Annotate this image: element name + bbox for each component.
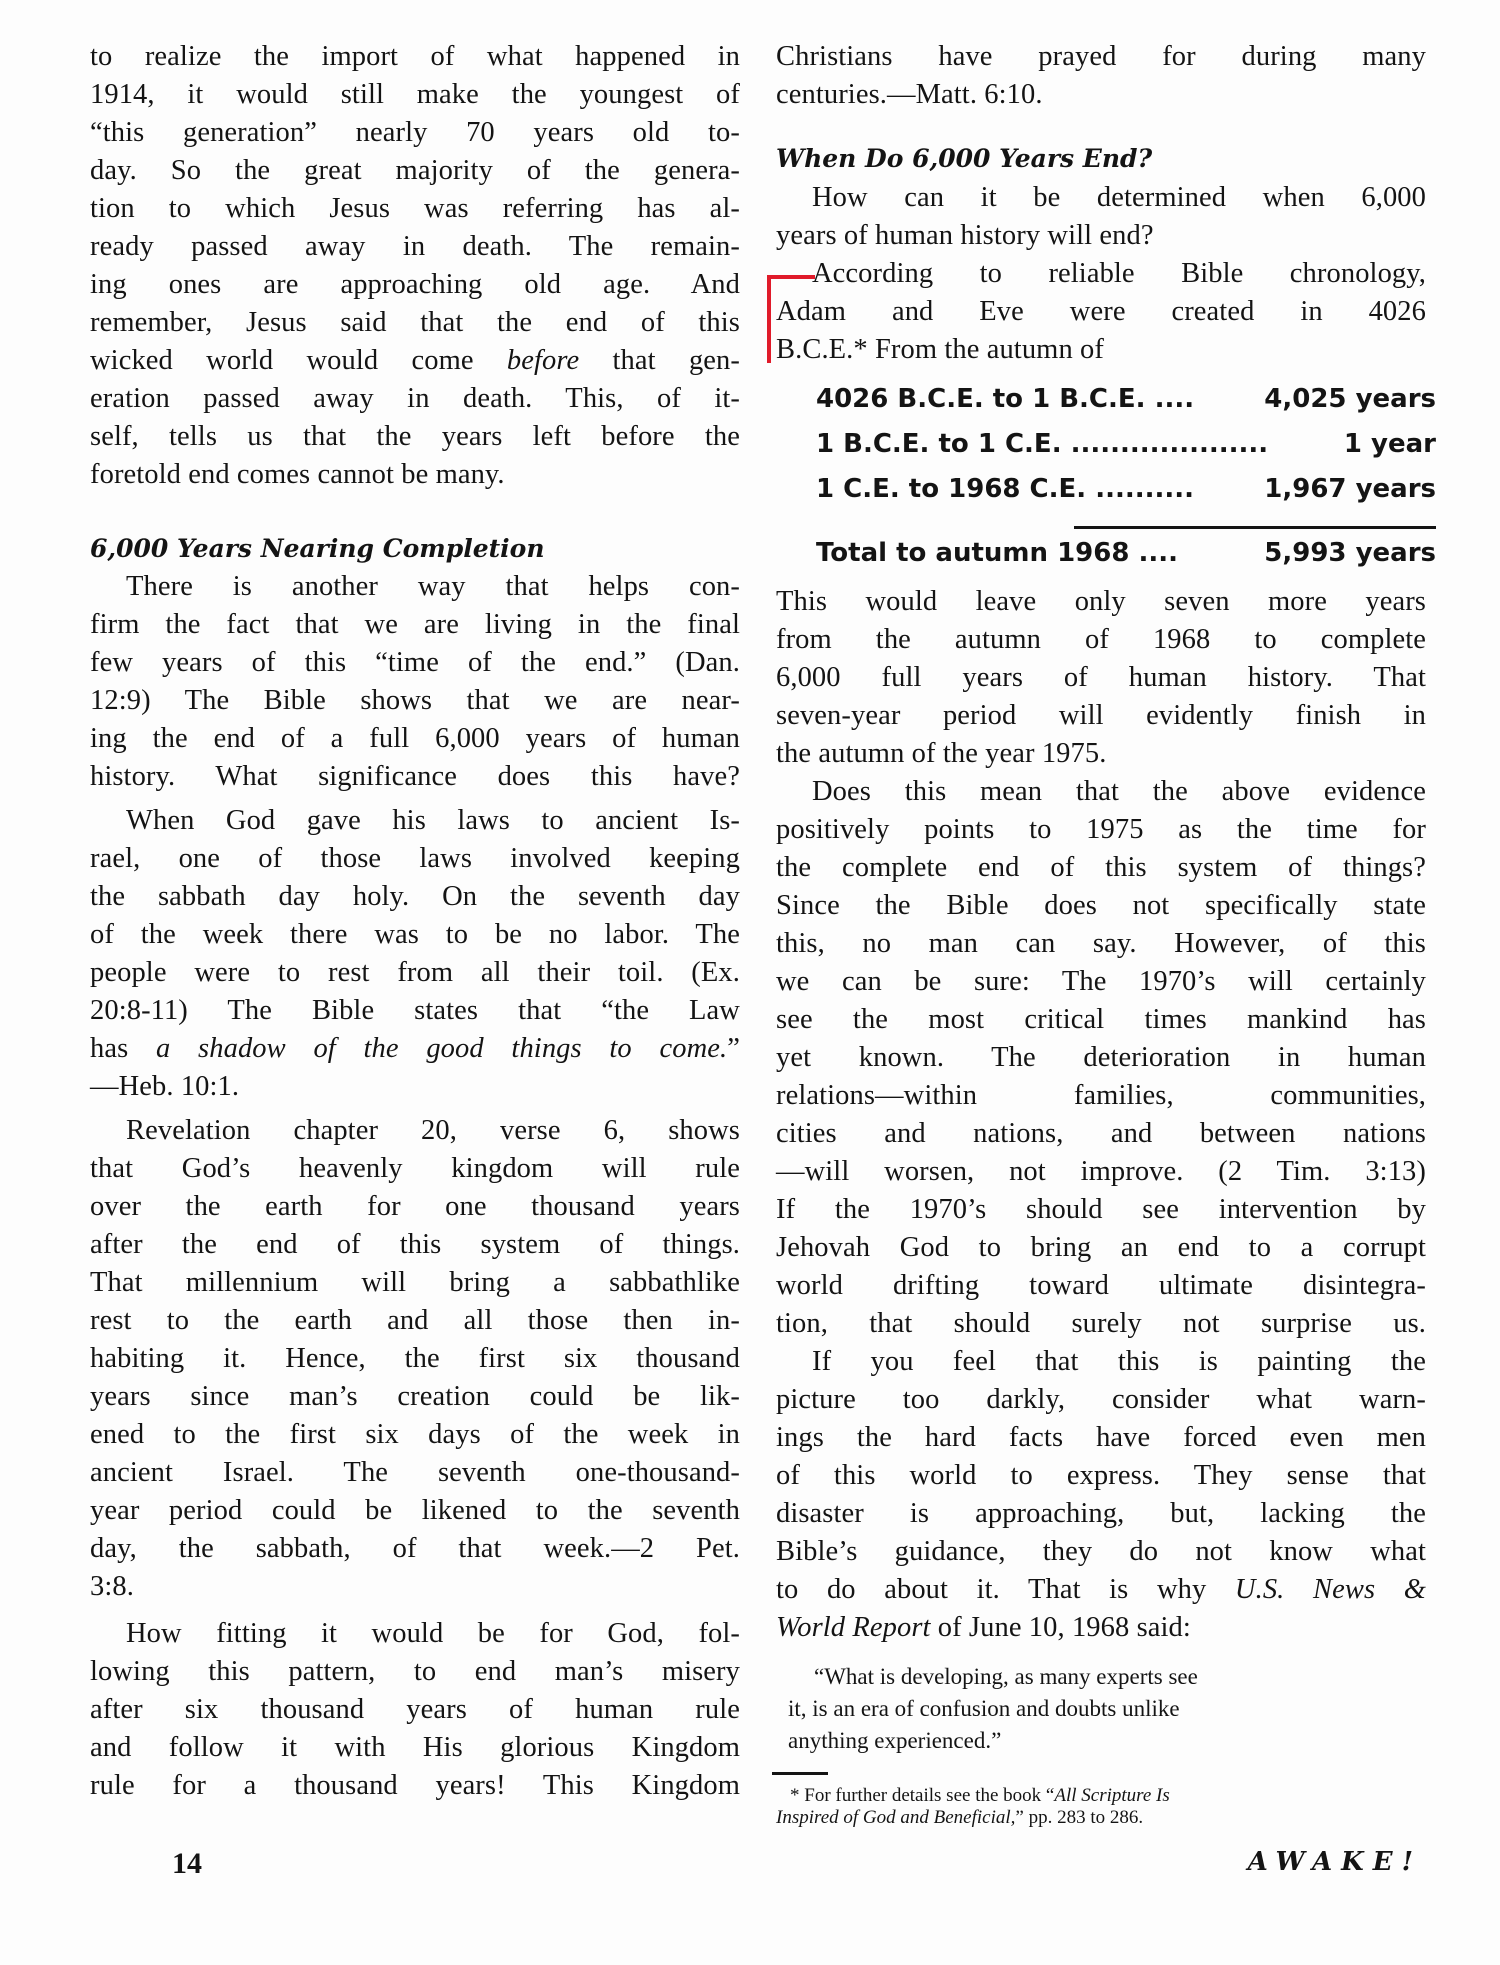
text-line: Since the Bible does not specifically st… bbox=[776, 889, 1426, 923]
text-line: cities and nations, and between nations bbox=[776, 1117, 1426, 1151]
text-line: centuries.—Matt. 6:10. bbox=[776, 78, 1426, 112]
row-label: 1 B.C.E. to 1 C.E. .................... bbox=[816, 427, 1268, 461]
row-label: 1 C.E. to 1968 C.E. .......... bbox=[816, 472, 1194, 506]
text-line: foretold end comes cannot be many. bbox=[90, 458, 740, 492]
text-line: tion to which Jesus was referring has al… bbox=[90, 192, 740, 226]
text-line: after the end of this system of things. bbox=[90, 1228, 740, 1262]
text-line: When God gave his laws to ancient Is- bbox=[90, 804, 740, 838]
text-line: positively points to 1975 as the time fo… bbox=[776, 813, 1426, 847]
text-line: 1914, it would still make the youngest o… bbox=[90, 78, 740, 112]
text-line: eration passed away in death. This, of i… bbox=[90, 382, 740, 416]
text-line: few years of this “time of the end.” (Da… bbox=[90, 646, 740, 680]
text-line: Does this mean that the above evidence bbox=[776, 775, 1426, 809]
text-line: 12:9) The Bible shows that we are near- bbox=[90, 684, 740, 718]
row-value: 1 year bbox=[1344, 427, 1436, 461]
text-line: ancient Israel. The seventh one-thousand… bbox=[90, 1456, 740, 1490]
text-line: see the most critical times mankind has bbox=[776, 1003, 1426, 1037]
section-heading: 6,000 Years Nearing Completion bbox=[90, 533, 545, 565]
text-line: Adam and Eve were created in 4026 bbox=[776, 295, 1426, 329]
text-line: that God’s heavenly kingdom will rule bbox=[90, 1152, 740, 1186]
text-line: ing ones are approaching old age. And bbox=[90, 268, 740, 302]
text-line: over the earth for one thousand years bbox=[90, 1190, 740, 1224]
text-line: Christians have prayed for during many bbox=[776, 40, 1426, 74]
text-line: rule for a thousand years! This Kingdom bbox=[90, 1769, 740, 1803]
text-line: and follow it with His glorious Kingdom bbox=[90, 1731, 740, 1765]
text-line: to realize the import of what happened i… bbox=[90, 40, 740, 74]
text-line-with-italic: has a shadow of the good things to come.… bbox=[90, 1032, 740, 1066]
table-row: 1 B.C.E. to 1 C.E. .................... … bbox=[816, 427, 1436, 461]
text-line: —will worsen, not improve. (2 Tim. 3:13) bbox=[776, 1155, 1426, 1189]
text-line-with-italic: to do about it. That is why U.S. News & bbox=[776, 1573, 1426, 1607]
quote-line: it, is an era of confusion and doubts un… bbox=[788, 1694, 1388, 1724]
footnote-line: Inspired of God and Beneficial,” pp. 283… bbox=[776, 1807, 1426, 1829]
text-line: According to reliable Bible chronology, bbox=[776, 257, 1426, 291]
text-line: rest to the earth and all those then in- bbox=[90, 1304, 740, 1338]
quote-line: anything experienced.” bbox=[788, 1726, 1388, 1756]
text-line-with-italic: World Report of June 10, 1968 said: bbox=[776, 1611, 1426, 1645]
magazine-name: AWAKE! bbox=[1248, 1847, 1422, 1877]
red-bracket-marker bbox=[767, 275, 815, 279]
text-line: day, the sabbath, of that week.—2 Pet. bbox=[90, 1532, 740, 1566]
text-line: the sabbath day holy. On the seventh day bbox=[90, 880, 740, 914]
row-value: 4,025 years bbox=[1264, 382, 1436, 416]
text-line: 3:8. bbox=[90, 1570, 740, 1604]
text-line: the complete end of this system of thing… bbox=[776, 851, 1426, 885]
quote-line: “What is developing, as many experts see bbox=[788, 1662, 1414, 1692]
row-label: 4026 B.C.E. to 1 B.C.E. .... bbox=[816, 382, 1194, 416]
page-number: 14 bbox=[172, 1847, 202, 1881]
text-line: That millennium will bring a sabbathlike bbox=[90, 1266, 740, 1300]
text-line: day. So the great majority of the genera… bbox=[90, 154, 740, 188]
text-line: Revelation chapter 20, verse 6, shows bbox=[90, 1114, 740, 1148]
text-line: “this generation” nearly 70 years old to… bbox=[90, 116, 740, 150]
text-line: If the 1970’s should see intervention by bbox=[776, 1193, 1426, 1227]
text-line: history. What significance does this hav… bbox=[90, 760, 740, 794]
text-line-with-italic: wicked world would come before that gen- bbox=[90, 344, 740, 378]
text-line: 20:8-11) The Bible states that “the Law bbox=[90, 994, 740, 1028]
text-line: ings the hard facts have forced even men bbox=[776, 1421, 1426, 1455]
text-line: rael, one of those laws involved keeping bbox=[90, 842, 740, 876]
text-line: This would leave only seven more years bbox=[776, 585, 1426, 619]
table-row: 4026 B.C.E. to 1 B.C.E. .... 4,025 years bbox=[816, 382, 1436, 416]
text-line: B.C.E.* From the autumn of bbox=[776, 333, 1426, 367]
table-row: 1 C.E. to 1968 C.E. .......... 1,967 yea… bbox=[816, 472, 1436, 506]
text-line: seven-year period will evidently finish … bbox=[776, 699, 1426, 733]
text-line: of this world to express. They sense tha… bbox=[776, 1459, 1426, 1493]
text-line: Jehovah God to bring an end to a corrupt bbox=[776, 1231, 1426, 1265]
text-line: after six thousand years of human rule bbox=[90, 1693, 740, 1727]
section-heading: When Do 6,000 Years End? bbox=[776, 143, 1152, 175]
row-value: 1,967 years bbox=[1264, 472, 1436, 506]
text-line: There is another way that helps con- bbox=[90, 570, 740, 604]
magazine-page: to realize the import of what happened i… bbox=[0, 0, 1500, 1965]
text-line: relations—within families, communities, bbox=[776, 1079, 1426, 1113]
footnote-line: * For further details see the book “All … bbox=[776, 1785, 1440, 1807]
total-value: 5,993 years bbox=[1264, 536, 1436, 570]
text-line: disaster is approaching, but, lacking th… bbox=[776, 1497, 1426, 1531]
text-line: people were to rest from all their toil.… bbox=[90, 956, 740, 990]
text-line: from the autumn of 1968 to complete bbox=[776, 623, 1426, 657]
text-line: of the week there was to be no labor. Th… bbox=[90, 918, 740, 952]
text-line: Bible’s guidance, they do not know what bbox=[776, 1535, 1426, 1569]
text-line: How can it be determined when 6,000 bbox=[776, 181, 1426, 215]
text-line: If you feel that this is painting the bbox=[776, 1345, 1426, 1379]
text-line: 6,000 full years of human history. That bbox=[776, 661, 1426, 695]
text-line: ing the end of a full 6,000 years of hum… bbox=[90, 722, 740, 756]
footnote-rule bbox=[772, 1772, 828, 1775]
text-line: How fitting it would be for God, fol- bbox=[90, 1617, 740, 1651]
text-line: picture too darkly, consider what warn- bbox=[776, 1383, 1426, 1417]
text-line: lowing this pattern, to end man’s misery bbox=[90, 1655, 740, 1689]
text-line: we can be sure: The 1970’s will certainl… bbox=[776, 965, 1426, 999]
text-line: self, tells us that the years left befor… bbox=[90, 420, 740, 454]
text-line: yet known. The deterioration in human bbox=[776, 1041, 1426, 1075]
red-bracket-marker bbox=[767, 275, 771, 363]
text-line: this, no man can say. However, of this bbox=[776, 927, 1426, 961]
text-line: firm the fact that we are living in the … bbox=[90, 608, 740, 642]
total-rule bbox=[1074, 526, 1436, 529]
text-line: years since man’s creation could be lik- bbox=[90, 1380, 740, 1414]
text-line: ened to the first six days of the week i… bbox=[90, 1418, 740, 1452]
text-line: habiting it. Hence, the first six thousa… bbox=[90, 1342, 740, 1376]
table-total-row: Total to autumn 1968 .... 5,993 years bbox=[816, 536, 1436, 570]
text-line: ready passed away in death. The remain- bbox=[90, 230, 740, 264]
text-line: years of human history will end? bbox=[776, 219, 1426, 253]
text-line: the autumn of the year 1975. bbox=[776, 737, 1426, 771]
text-line: tion, that should surely not surprise us… bbox=[776, 1307, 1426, 1341]
text-line: —Heb. 10:1. bbox=[90, 1070, 740, 1104]
text-line: year period could be likened to the seve… bbox=[90, 1494, 740, 1528]
total-label: Total to autumn 1968 .... bbox=[816, 536, 1178, 570]
text-line: world drifting toward ultimate disintegr… bbox=[776, 1269, 1426, 1303]
text-line: remember, Jesus said that the end of thi… bbox=[90, 306, 740, 340]
